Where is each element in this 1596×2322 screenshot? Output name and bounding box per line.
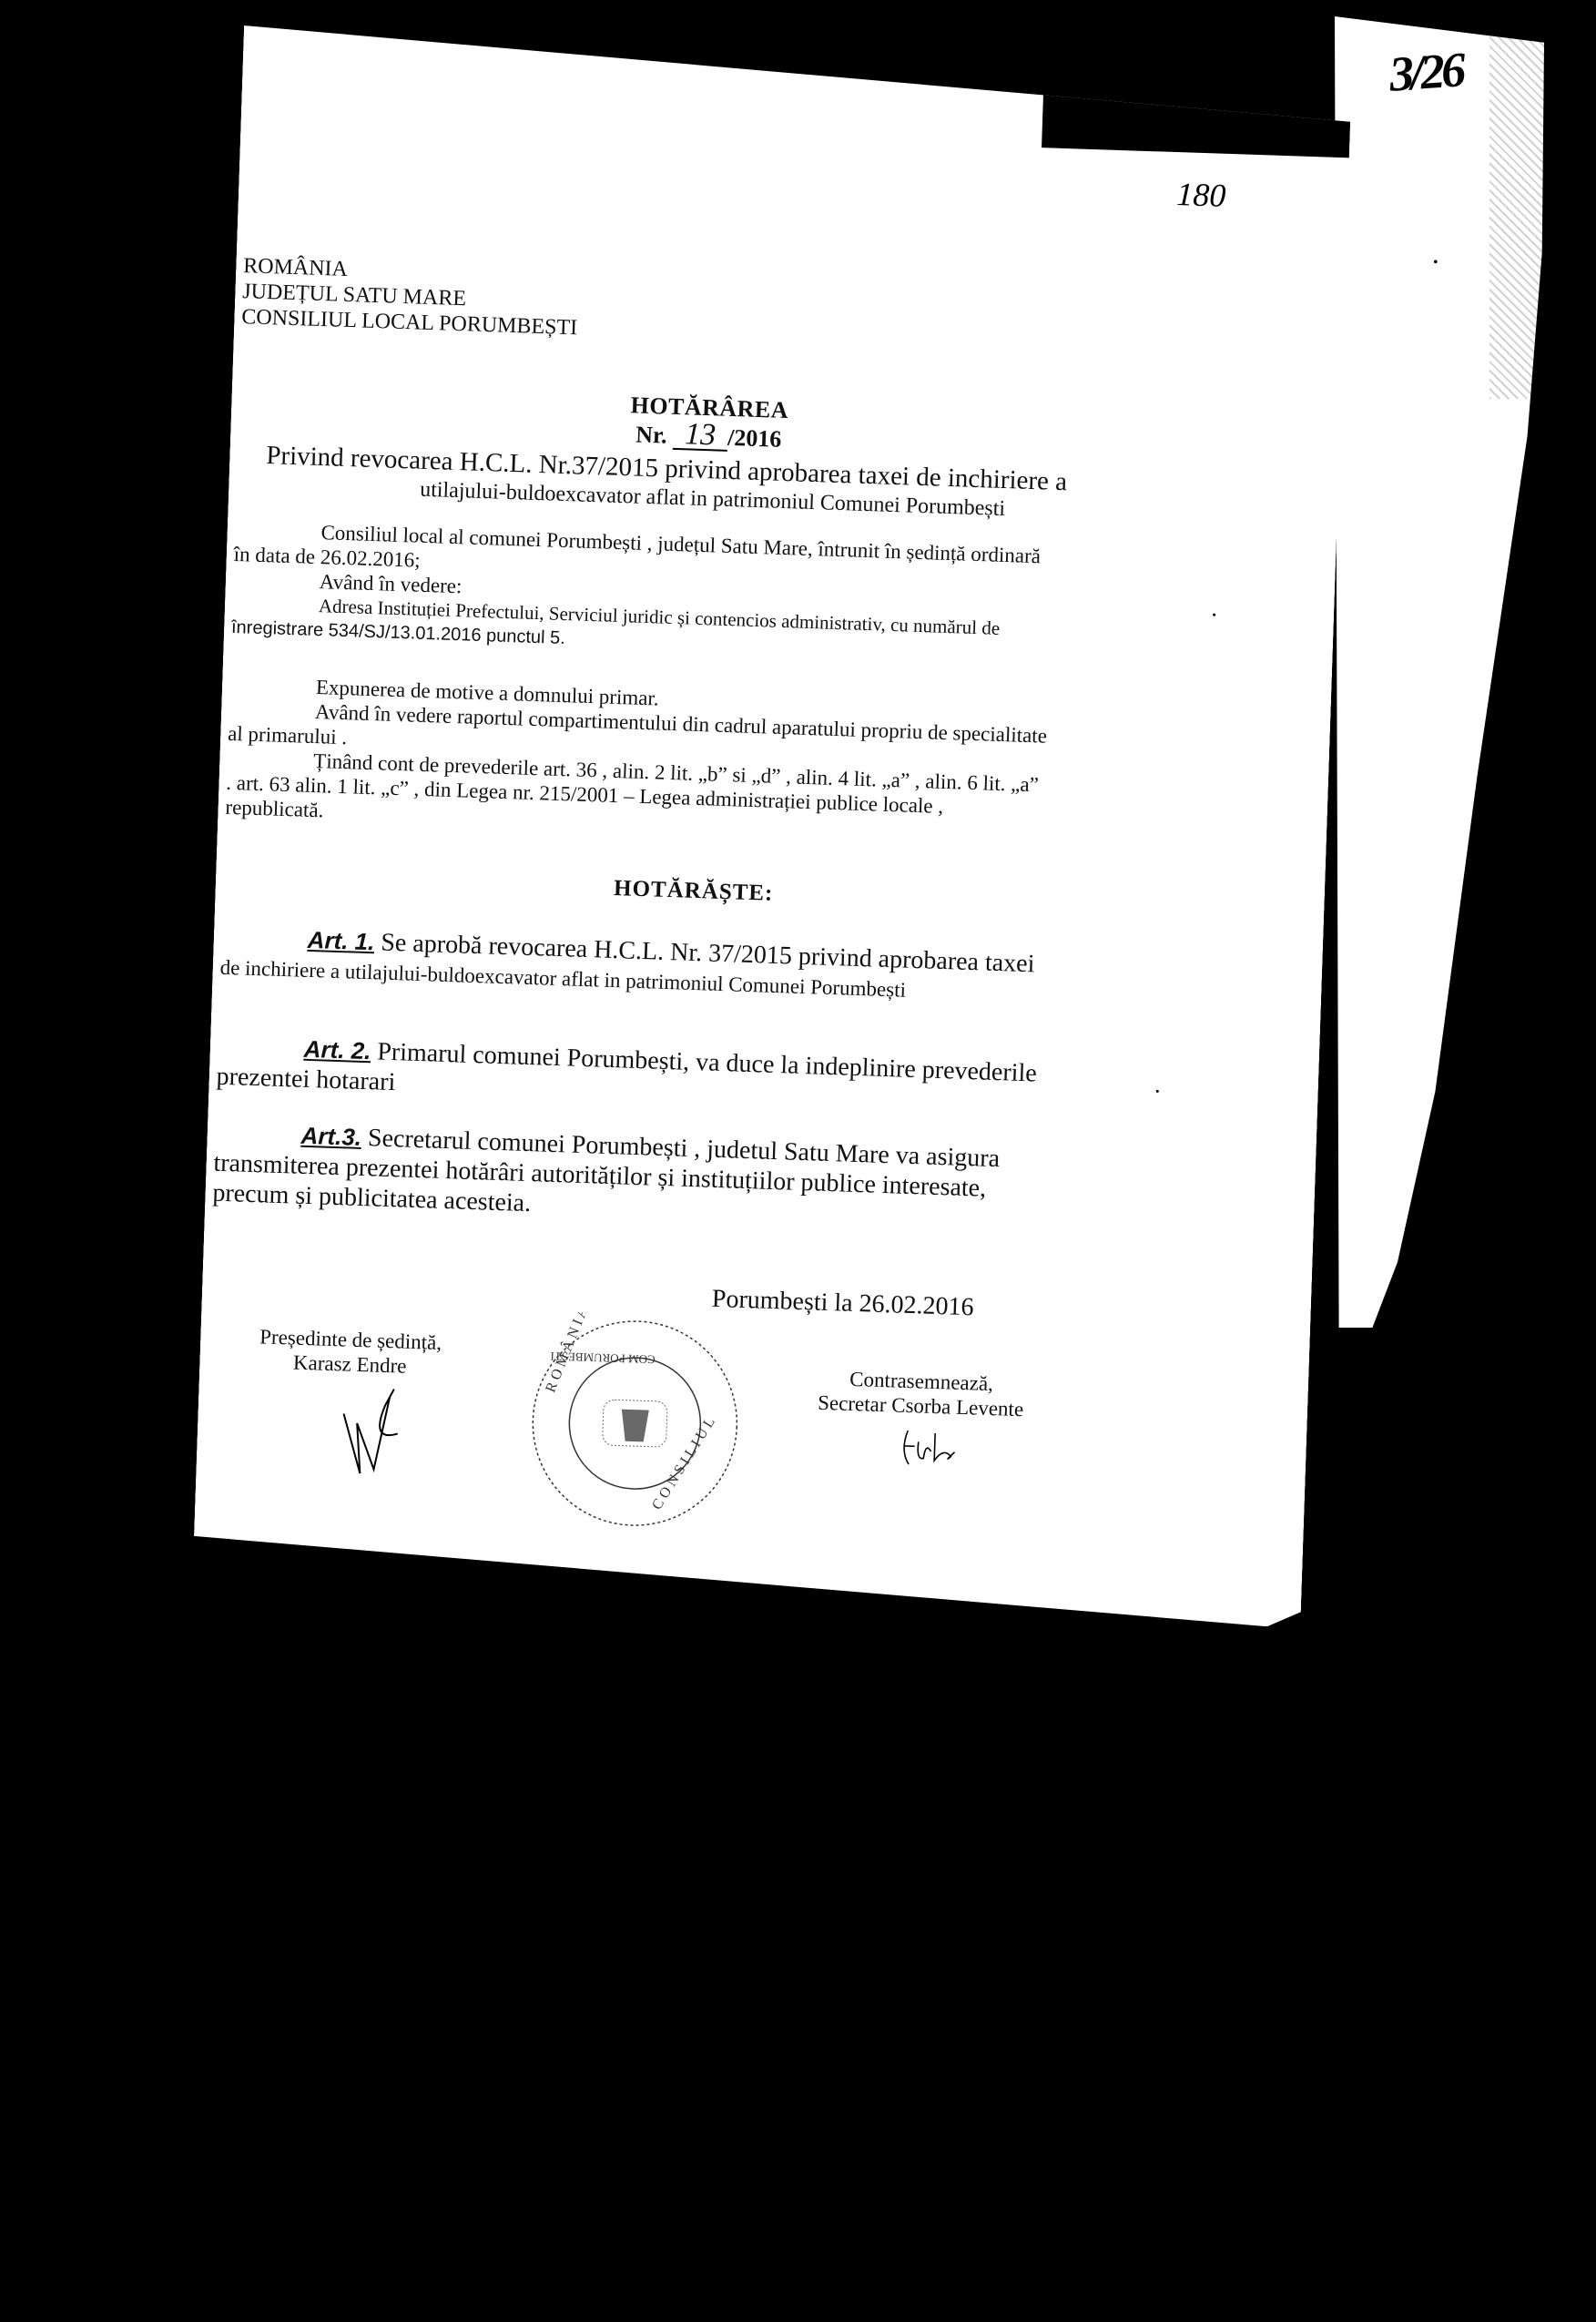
number-suffix: /2016 <box>727 424 782 453</box>
svg-text:C O N S I L I U L: C O N S I L I U L <box>649 1415 718 1512</box>
number-handwritten: 13 <box>673 421 728 452</box>
article-label: Art. 2. <box>303 1035 371 1064</box>
speck <box>1156 1090 1159 1093</box>
article-3: Art.3. Secretarul comunei Porumbești , j… <box>212 1118 1134 1238</box>
official-stamp-icon: R O M Â N I A ✱ C O N S I L I U L COM PO… <box>522 1310 747 1536</box>
signature-block-president: Președinte de ședință, Karasz Endre <box>259 1324 442 1380</box>
preamble-motives: Expunerea de motive a domnului primar. A… <box>225 672 1149 850</box>
handwritten-side-mark: 3/26 <box>1388 41 1464 102</box>
signature-block-secretary: Contrasemnează, Secretar Csorba Levente <box>818 1366 1025 1421</box>
article-1: Art. 1. Se aprobă revocarea H.C.L. Nr. 3… <box>219 922 1141 1013</box>
document-header: ROMÂNIA JUDEȚUL SATU MARE CONSILIUL LOCA… <box>241 253 579 341</box>
speck <box>593 1595 595 1598</box>
article-label: Art.3. <box>300 1122 361 1151</box>
svg-text:COM PORUMBEȘTI: COM PORUMBEȘTI <box>550 1349 656 1367</box>
speck: • <box>1433 255 1438 271</box>
scan-noise <box>1489 16 1544 399</box>
article-2: Art. 2. Primarul comunei Porumbești, va … <box>216 1032 1137 1122</box>
place-and-date: Porumbești la 26.02.2016 <box>711 1285 974 1323</box>
article-label: Art. 1. <box>307 926 375 955</box>
handwritten-page-number: 180 <box>1176 175 1226 215</box>
decides-heading: HOTĂRĂȘTE: <box>216 862 1172 920</box>
adjacent-page-strip: 3/26 • <box>1335 16 1544 1328</box>
speck <box>1213 614 1215 616</box>
handwritten-signature-president <box>332 1377 409 1480</box>
document-page: 180 ROMÂNIA JUDEȚUL SATU MARE CONSILIUL … <box>192 25 1352 1627</box>
number-prefix: Nr. <box>635 422 667 449</box>
handwritten-signature-secretary <box>898 1423 963 1471</box>
preamble-council: Consiliul local al comunei Porumbești , … <box>231 517 1154 670</box>
